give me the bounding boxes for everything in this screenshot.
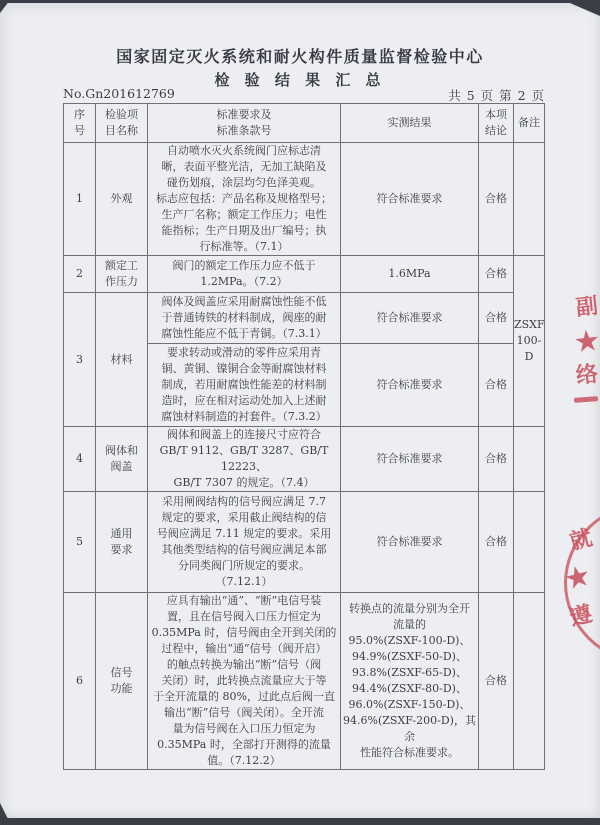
requirement-cell: 自动喷水灭火系统阀门应标志清 晰，表面平整光洁，无加工缺陷及 碰伤划痕，涂层均匀… — [148, 143, 341, 256]
table-header-row: 序 号 检验项 目名称 标准要求及 标准条款号 实测结果 本项 结论 备注 — [64, 104, 545, 143]
conclusion-cell: 合格 — [479, 256, 514, 293]
conclusion-cell: 合格 — [479, 593, 514, 770]
requirement-cell: 应具有输出“通”、“断”电信号装 置，且在信号阀入口压力恒定为 0.35MPa … — [148, 593, 341, 770]
red-seal-fragment-upper: 副 ★ 络 — [564, 296, 600, 402]
result-cell: 符合标准要求 — [341, 143, 479, 256]
requirement-cell: 采用闸阀结构的信号阀应满足 7.7 规定的要求，采用截止阀结构的信 号阀应满足 … — [148, 492, 341, 593]
result-cell: 1.6MPa — [341, 256, 479, 293]
header-conclusion: 本项 结论 — [479, 104, 514, 143]
table-row-2: 2 额定工 作压力 阀门的额定工作压力应不低于 1.2MPa。（7.2） 1.6… — [64, 256, 545, 293]
requirement-cell: 阀体和阀盖上的连接尺寸应符合 GB/T 9112、GB/T 3287、GB/T … — [148, 427, 341, 492]
table-row-3a: 3 材料 阀体及阀盖应采用耐腐蚀性能不低 于普通铸铁的材料制成，阀座的耐 腐蚀性… — [64, 293, 545, 344]
header-result: 实测结果 — [341, 104, 479, 143]
remark-cell — [514, 593, 545, 770]
meta-line: No.Gn201612769 共 5 页 第 2 页 — [63, 86, 545, 104]
result-cell: 符合标准要求 — [341, 427, 479, 492]
seal-bar-mark — [574, 396, 598, 403]
item-cell: 通用 要求 — [96, 492, 148, 593]
item-cell: 材料 — [96, 293, 148, 427]
result-cell: 符合标准要求 — [341, 344, 479, 427]
requirement-cell: 阀体及阀盖应采用耐腐蚀性能不低 于普通铸铁的材料制成，阀座的耐 腐蚀性能应不低于… — [148, 293, 341, 344]
scanned-page: 国家固定灭火系统和耐火构件质量监督检验中心 检 验 结 果 汇 总 No.Gn2… — [0, 3, 600, 818]
header-requirement: 标准要求及 标准条款号 — [148, 104, 341, 143]
report-number: No.Gn201612769 — [63, 86, 175, 101]
remark-cell-model: ZSXF- 100-D — [514, 256, 545, 427]
item-cell: 阀体和 阀盖 — [96, 427, 148, 492]
header-remark: 备注 — [514, 104, 545, 143]
table-row-4: 4 阀体和 阀盖 阀体和阀盖上的连接尺寸应符合 GB/T 9112、GB/T 3… — [64, 427, 545, 492]
requirement-cell: 要求转动或滑动的零件应采用青 铜、黄铜、镍铜合金等耐腐蚀材料 制成，若用耐腐蚀性… — [148, 344, 341, 427]
seq-cell: 6 — [64, 593, 96, 770]
center-name: 国家固定灭火系统和耐火构件质量监督检验中心 — [0, 44, 600, 67]
remark-cell — [514, 492, 545, 593]
conclusion-cell: 合格 — [479, 293, 514, 344]
seal-star-icon: ★ — [569, 327, 600, 356]
seq-cell: 5 — [64, 492, 96, 593]
result-cell: 符合标准要求 — [341, 492, 479, 593]
seal-character: 络 — [569, 362, 600, 387]
table-row-6: 6 信号 功能 应具有输出“通”、“断”电信号装 置，且在信号阀入口压力恒定为 … — [64, 593, 545, 770]
conclusion-cell: 合格 — [479, 492, 514, 593]
table-row-1: 1 外观 自动喷水灭火系统阀门应标志清 晰，表面平整光洁，无加工缺陷及 碰伤划痕… — [64, 143, 545, 256]
item-cell: 信号 功能 — [96, 593, 148, 770]
conclusion-cell: 合格 — [479, 143, 514, 256]
inspection-table: 序 号 检验项 目名称 标准要求及 标准条款号 实测结果 本项 结论 备注 1 … — [63, 103, 545, 770]
seq-cell: 3 — [64, 293, 96, 427]
result-cell: 符合标准要求 — [341, 293, 479, 344]
remark-cell — [514, 143, 545, 256]
conclusion-cell: 合格 — [479, 344, 514, 427]
page-count: 共 5 页 第 2 页 — [448, 86, 545, 104]
red-seal-fragment-lower: 就 ★ 遵 — [556, 499, 600, 665]
seq-cell: 2 — [64, 256, 96, 293]
conclusion-cell: 合格 — [479, 427, 514, 492]
seq-cell: 1 — [64, 143, 96, 256]
table-row-5: 5 通用 要求 采用闸阀结构的信号阀应满足 7.7 规定的要求，采用截止阀结构的… — [64, 492, 545, 593]
item-cell: 外观 — [96, 143, 148, 256]
seq-cell: 4 — [64, 427, 96, 492]
seal-character: 副 — [569, 294, 600, 319]
item-cell: 额定工 作压力 — [96, 256, 148, 293]
requirement-cell: 阀门的额定工作压力应不低于 1.2MPa。（7.2） — [148, 256, 341, 293]
result-cell-flow-values: 转换点的流量分别为全开 流量的 95.0%(ZSXF-100-D)、 94.9%… — [341, 593, 479, 770]
header-seq: 序 号 — [64, 104, 96, 143]
remark-cell — [514, 427, 545, 492]
header-item: 检验项 目名称 — [96, 104, 148, 143]
